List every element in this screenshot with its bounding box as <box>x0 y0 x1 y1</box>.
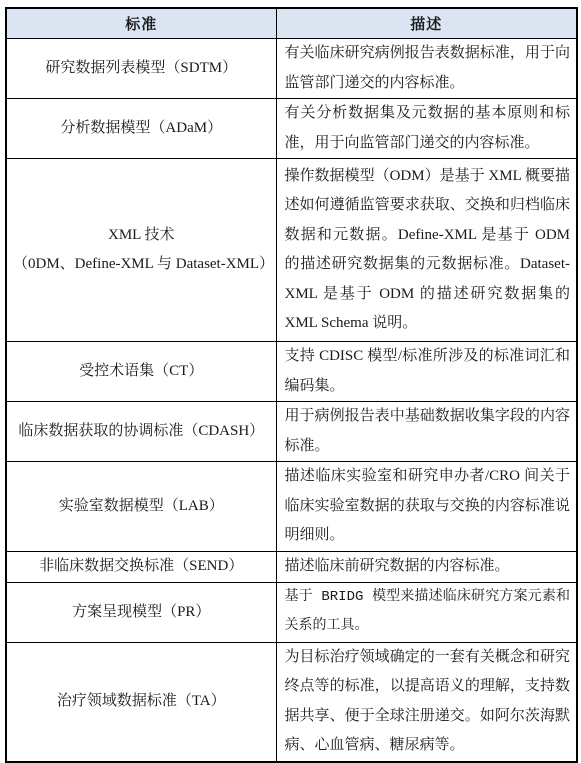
table-row-send: 非临床数据交换标准（SEND） 描述临床前研究数据的内容标准。 <box>6 552 577 583</box>
table-row-cdash: 临床数据获取的协调标准（CDASH） 用于病例报告表中基础数据收集字段的内容标准… <box>6 402 577 462</box>
standard-cell: 方案呈现模型（PR） <box>6 582 276 642</box>
cdisc-standards-table: 标准 描述 研究数据列表模型（SDTM） 有关临床研究病例报告表数据标准，用于向… <box>5 7 578 763</box>
standard-cell: XML 技术 （0DM、Define-XML 与 Dataset-XML） <box>6 159 276 342</box>
header-description: 描述 <box>276 8 577 39</box>
table-row-xml: XML 技术 （0DM、Define-XML 与 Dataset-XML） 操作… <box>6 159 577 342</box>
standard-cell: 受控术语集（CT） <box>6 342 276 402</box>
standard-cell: 分析数据模型（ADaM） <box>6 99 276 159</box>
description-cell: 操作数据模型（ODM）是基于 XML 概要描述如何遵循监管要求获取、交换和归档临… <box>276 159 577 342</box>
header-standard: 标准 <box>6 8 276 39</box>
standards-table-container: 标准 描述 研究数据列表模型（SDTM） 有关临床研究病例报告表数据标准，用于向… <box>5 7 578 763</box>
table-row-ct: 受控术语集（CT） 支持 CDISC 模型/标准所涉及的标准词汇和编码集。 <box>6 342 577 402</box>
description-cell: 描述临床实验室和研究申办者/CRO 间关于临床实验室数据的获取与交换的内容标准说… <box>276 462 577 552</box>
standard-cell: 实验室数据模型（LAB） <box>6 462 276 552</box>
description-cell: 有关分析数据集及元数据的基本原则和标准，用于向监管部门递交的内容标准。 <box>276 99 577 159</box>
header-row: 标准 描述 <box>6 8 577 39</box>
description-cell: 有关临床研究病例报告表数据标准，用于向监管部门递交的内容标准。 <box>276 39 577 99</box>
standard-cell: 非临床数据交换标准（SEND） <box>6 552 276 583</box>
standard-cell: 临床数据获取的协调标准（CDASH） <box>6 402 276 462</box>
table-row-lab: 实验室数据模型（LAB） 描述临床实验室和研究申办者/CRO 间关于临床实验室数… <box>6 462 577 552</box>
table-row-ta: 治疗领域数据标准（TA） 为目标治疗领域确定的一套有关概念和研究终点等的标准，以… <box>6 642 577 762</box>
standard-cell: 研究数据列表模型（SDTM） <box>6 39 276 99</box>
description-cell: 基于 BRIDG 模型来描述临床研究方案元素和关系的工具。 <box>276 582 577 642</box>
table-row-pr: 方案呈现模型（PR） 基于 BRIDG 模型来描述临床研究方案元素和关系的工具。 <box>6 582 577 642</box>
description-cell: 描述临床前研究数据的内容标准。 <box>276 552 577 583</box>
description-cell: 为目标治疗领域确定的一套有关概念和研究终点等的标准，以提高语义的理解，支持数据共… <box>276 642 577 762</box>
description-cell: 支持 CDISC 模型/标准所涉及的标准词汇和编码集。 <box>276 342 577 402</box>
description-cell: 用于病例报告表中基础数据收集字段的内容标准。 <box>276 402 577 462</box>
standard-cell: 治疗领域数据标准（TA） <box>6 642 276 762</box>
table-row-adam: 分析数据模型（ADaM） 有关分析数据集及元数据的基本原则和标准，用于向监管部门… <box>6 99 577 159</box>
table-row-sdtm: 研究数据列表模型（SDTM） 有关临床研究病例报告表数据标准，用于向监管部门递交… <box>6 39 577 99</box>
